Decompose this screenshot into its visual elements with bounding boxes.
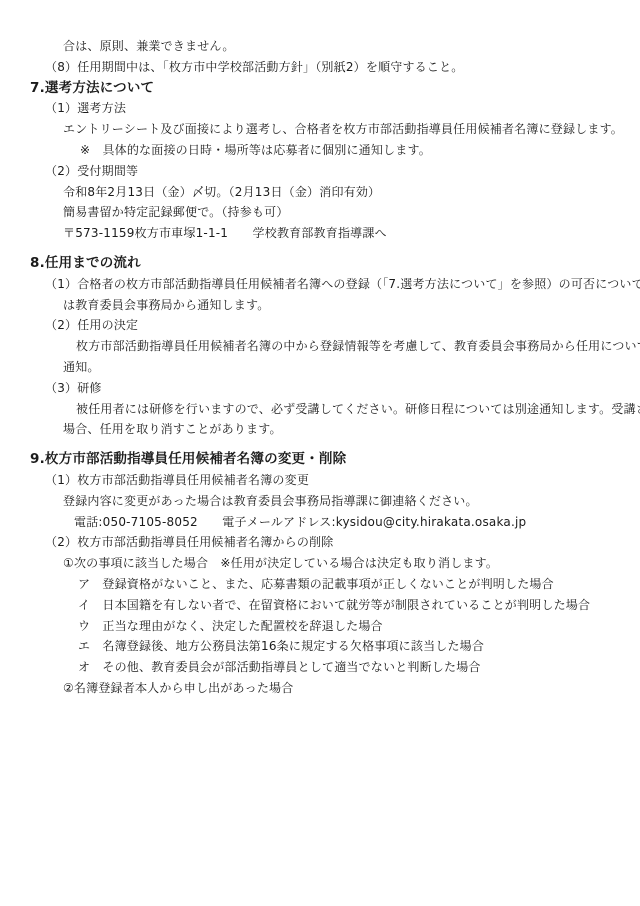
section-9: 9.枚方市部活動指導員任用候補者名簿の変更・削除 （1）枚方市部活動指導員任用候… (0, 449, 640, 699)
doc-line-sub-i: イ 日本国籍を有しない者で、在留資格において就労等が制限されていることが判明した… (0, 595, 640, 616)
doc-line-sub-e: エ 名簿登録後、地方公務員法第16条に規定する欠格事項に該当した場合 (0, 636, 640, 657)
section-heading-7: 7.選考方法について (0, 78, 640, 99)
section-8: 8.任用までの流れ （1）合格者の枚方市部活動指導員任用候補者名簿への登録（「7… (0, 253, 640, 440)
doc-line: 通知。 (0, 357, 640, 378)
doc-line: 枚方市部活動指導員任用候補者名簿の中から登録情報等を考慮して、教育委員会事務局か… (0, 336, 640, 357)
document-page: 合は、原則、兼業できません。 （8）任用期間中は、「枚方市中学校部活動方針」（別… (0, 0, 640, 906)
doc-line-item-1: （1）枚方市部活動指導員任用候補者名簿の変更 (0, 470, 640, 491)
section-heading-9: 9.枚方市部活動指導員任用候補者名簿の変更・削除 (0, 449, 640, 470)
doc-line-deadline: 令和8年2月13日（金）〆切。（2月13日（金）消印有効） (0, 182, 640, 203)
doc-line-sub-a: ア 登録資格がないこと、また、応募書類の記載事項が正しくないことが判明した場合 (0, 574, 640, 595)
doc-line: 登録内容に変更があった場合は教育委員会事務局指導課に御連絡ください。 (0, 491, 640, 512)
section-heading-8: 8.任用までの流れ (0, 253, 640, 274)
doc-line-item-1: （1）合格者の枚方市部活動指導員任用候補者名簿への登録（「7.選考方法について」… (0, 274, 640, 295)
doc-line-sub-o: オ その他、教育委員会が部活動指導員として適当でないと判断した場合 (0, 657, 640, 678)
doc-line-sub-u: ウ 正当な理由がなく、決定した配置校を辞退した場合 (0, 616, 640, 637)
doc-line-item-1: （1）選考方法 (0, 98, 640, 119)
doc-line-contact-phone-email: 電話:050-7105-8052 電子メールアドレス:kysidou@city.… (0, 512, 640, 533)
doc-line-item-3: （3）研修 (0, 378, 640, 399)
doc-line-mail-method: 簡易書留か特定記録郵便で。（持参も可） (0, 202, 640, 223)
section-6-continuation: 合は、原則、兼業できません。 （8）任用期間中は、「枚方市中学校部活動方針」（別… (0, 36, 640, 78)
doc-line: 場合、任用を取り消すことがあります。 (0, 419, 640, 440)
doc-line: エントリーシート及び面接により選考し、合格者を枚方市部活動指導員任用候補者名簿に… (0, 119, 640, 140)
doc-line-item-8: （8）任用期間中は、「枚方市中学校部活動方針」（別紙2）を順守すること。 (0, 57, 640, 78)
doc-line-postal-address: 〒573-1159枚方市車塚1-1-1 学校教育部教育指導課へ (0, 223, 640, 244)
doc-line-item-2: （2）枚方市部活動指導員任用候補者名簿からの削除 (0, 532, 640, 553)
doc-line: は教育委員会事務局から通知します。 (0, 295, 640, 316)
doc-line-item-2: （2）任用の決定 (0, 315, 640, 336)
doc-line: 合は、原則、兼業できません。 (0, 36, 640, 57)
doc-line-note: ※ 具体的な面接の日時・場所等は応募者に個別に通知します。 (0, 140, 640, 161)
doc-line: 被任用者には研修を行いますので、必ず受講してください。研修日程については別途通知… (0, 399, 640, 420)
section-7: 7.選考方法について （1）選考方法 エントリーシート及び面接により選考し、合格… (0, 78, 640, 244)
doc-line-item-2: （2）受付期間等 (0, 161, 640, 182)
doc-line-circled-1: ①次の事項に該当した場合 ※任用が決定している場合は決定も取り消します。 (0, 553, 640, 574)
doc-line-circled-2: ②名簿登録者本人から申し出があった場合 (0, 678, 640, 699)
